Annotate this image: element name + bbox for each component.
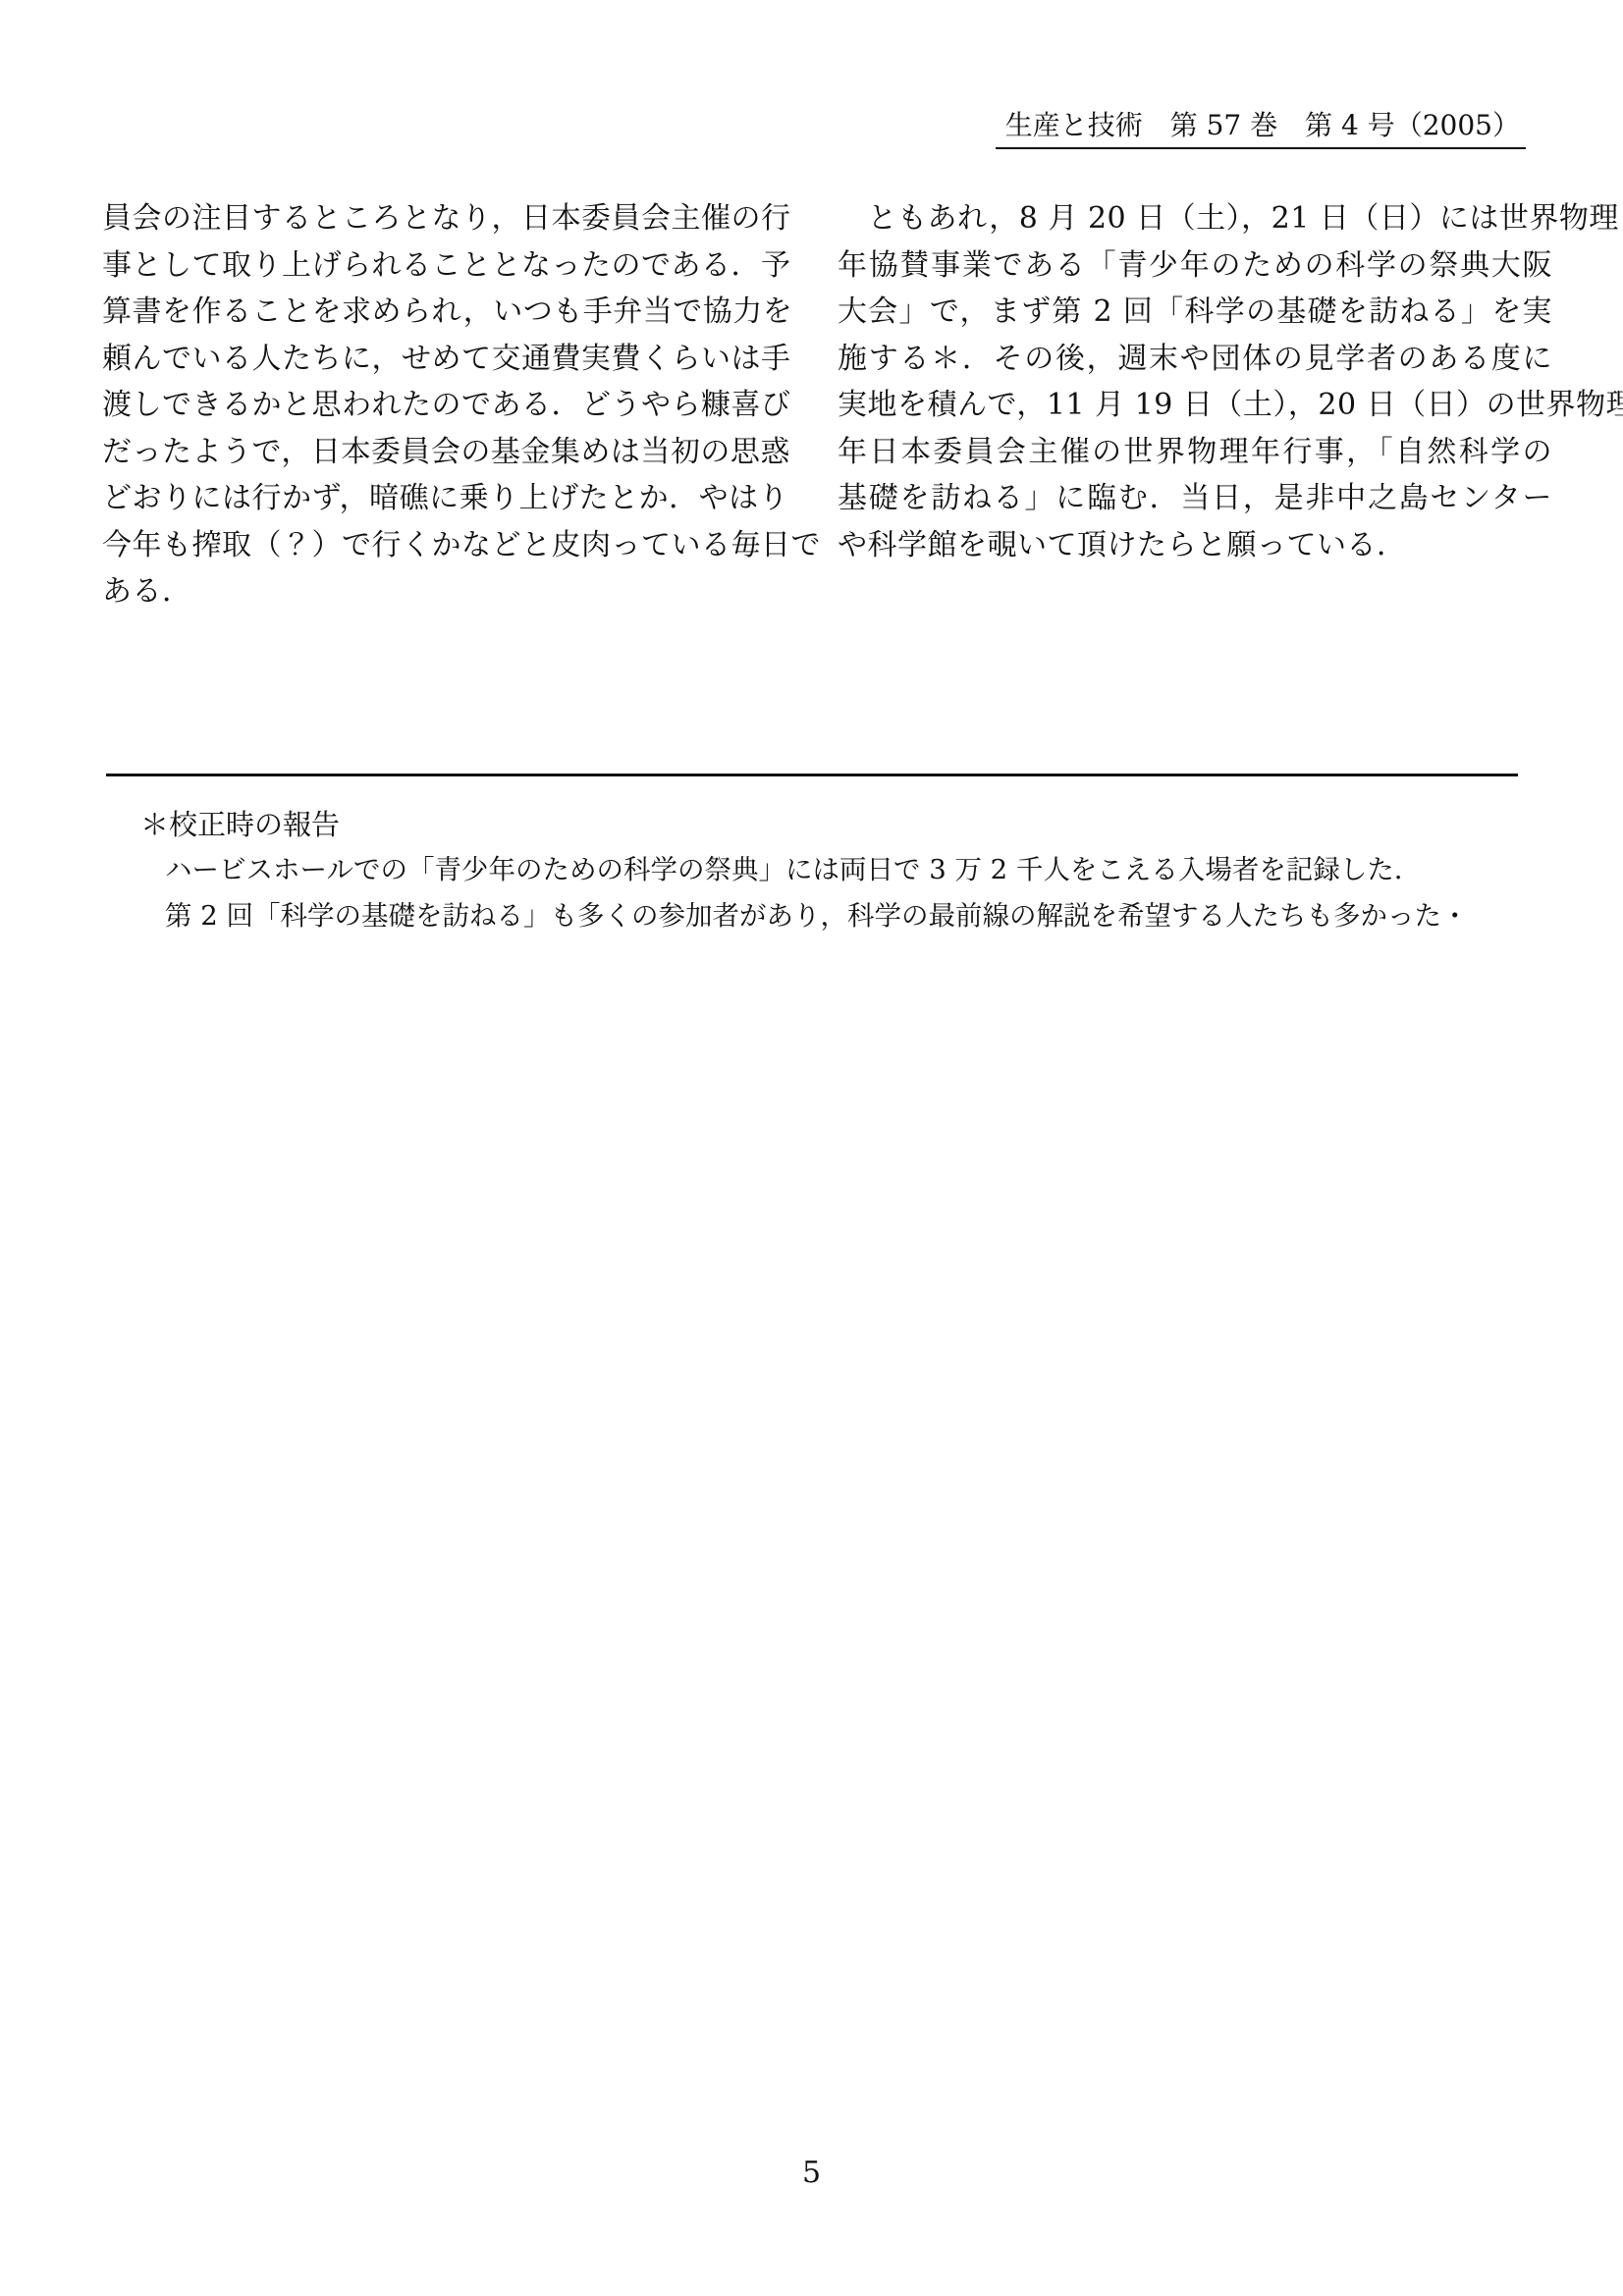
text-line: 頼んでいる人たちに，せめて交通費実費くらいは手 <box>102 336 780 383</box>
text-line: 実地を積んで，11 月 19 日（土），20 日（日）の世界物理 <box>838 382 1552 429</box>
journal-citation: 生産と技術 第 57 巻 第 4 号（2005） <box>996 104 1526 149</box>
text-line: 年協賛事業である「青少年のための科学の祭典大阪 <box>838 242 1552 290</box>
text-line: や科学館を覗いて頂けたらと願っている． <box>838 522 1552 569</box>
text-line: だったようで，日本委員会の基金集めは当初の思惑 <box>102 429 780 476</box>
text-line: 渡しできるかと思われたのである．どうやら糠喜び <box>102 382 780 429</box>
footnote-divider <box>106 774 1518 776</box>
text-line: ある． <box>102 568 780 615</box>
footnote-heading: ＊校正時の報告 <box>140 803 340 846</box>
page-number: 5 <box>0 2156 1623 2190</box>
text-line: 年日本委員会主催の世界物理年行事，「自然科学の <box>838 429 1552 476</box>
text-line: どおりには行かず，暗礁に乗り上げたとか．やはり <box>102 475 780 522</box>
text-line: 員会の注目するところとなり，日本委員会主催の行 <box>102 195 780 242</box>
text-line: 大会」で，まず第 2 回「科学の基礎を訪ねる」を実 <box>838 289 1552 336</box>
text-line: 今年も搾取（？）で行くかなどと皮肉っている毎日で <box>102 522 780 569</box>
left-text-column: 員会の注目するところとなり，日本委員会主催の行 事として取り上げられることとなっ… <box>102 195 780 615</box>
text-line: ともあれ，8 月 20 日（土），21 日（日）には世界物理 <box>838 195 1552 242</box>
text-line: 施する＊．その後，週末や団体の見学者のある度に <box>838 336 1552 383</box>
footnote-body: ハービスホールでの「青少年のための科学の祭典」には両日で 3 万 2 千人をこえ… <box>165 847 1559 939</box>
footnote-line: ハービスホールでの「青少年のための科学の祭典」には両日で 3 万 2 千人をこえ… <box>165 847 1559 893</box>
document-page: 生産と技術 第 57 巻 第 4 号（2005） 員会の注目するところとなり，日… <box>0 0 1623 2296</box>
right-text-column: ともあれ，8 月 20 日（土），21 日（日）には世界物理 年協賛事業である「… <box>838 195 1552 568</box>
text-line: 基礎を訪ねる」に臨む．当日，是非中之島センター <box>838 475 1552 522</box>
footnote-line: 第 2 回「科学の基礎を訪ねる」も多くの参加者があり，科学の最前線の解説を希望す… <box>165 893 1559 939</box>
text-line: 事として取り上げられることとなったのである．予 <box>102 242 780 290</box>
text-line: 算書を作ることを求められ，いつも手弁当で協力を <box>102 289 780 336</box>
